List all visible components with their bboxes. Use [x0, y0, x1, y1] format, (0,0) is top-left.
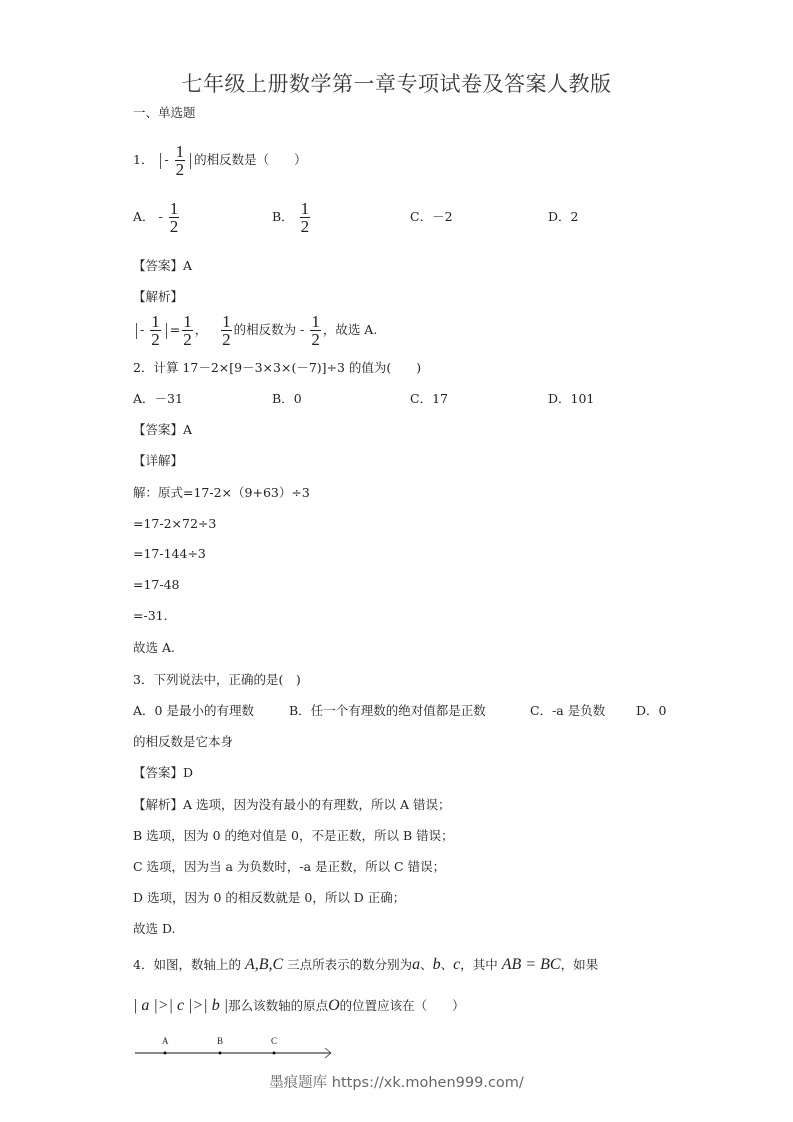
fraction: 12 — [300, 200, 311, 235]
q2-option-a: A．－31 — [133, 391, 183, 407]
question-1-stem: 1． - 12的相反数是（ ） — [133, 143, 307, 178]
q1-option-d: D．2 — [548, 209, 578, 225]
q3-option-d-continued: 的相反数是它本身 — [133, 734, 233, 750]
q1-option-a: A． - 12 — [133, 200, 181, 235]
q2-step-4: =17-48 — [133, 577, 180, 593]
q3-analysis-4: D 选项，因为 0 的相反数就是 0，所以 D 正确； — [133, 890, 405, 906]
point-c-label: C — [271, 1036, 277, 1046]
point-a-label: A — [162, 1036, 169, 1046]
q3-option-c: C．-a 是负数 — [530, 703, 605, 719]
q2-conclusion: 故选 A. — [133, 640, 175, 656]
question-4-stem-line-2: | a |>| c |>| b |那么该数轴的原点O的位置应该在（ ） — [133, 998, 465, 1014]
q3-analysis-1: 【解析】A 选项，因为没有最小的有理数，所以 A 错误； — [133, 797, 450, 813]
q3-analysis-2: B 选项，因为 0 的绝对值是 0，不是正数，所以 B 错误； — [133, 828, 454, 844]
q1-option-b: B． 12 — [272, 200, 312, 235]
q2-option-d: D．101 — [548, 391, 594, 407]
section-heading: 一、单选题 — [133, 105, 196, 121]
watermark-link[interactable]: 墨痕题库 https://xk.mohen999.com/ — [0, 1071, 793, 1092]
q3-analysis-3: C 选项，因为当 a 为负数时，-a 是正数，所以 C 错误； — [133, 859, 445, 875]
q2-detail-heading: 【详解】 — [133, 453, 183, 469]
q3-conclusion: 故选 D. — [133, 921, 176, 937]
question-3-stem: 3．下列说法中，正确的是( ) — [133, 672, 301, 688]
abs-bar-left — [160, 153, 161, 169]
q1-analysis-text: - 12=12， 12的相反数为 - 12，故选 A. — [133, 313, 377, 348]
q3-option-d: D．0 — [636, 703, 666, 719]
question-2-stem: 2．计算 17－2×[9－3×3×(－7)]÷3 的值为( ) — [133, 360, 421, 376]
point-b-label: B — [217, 1036, 223, 1046]
q1-answer: 【答案】A — [133, 258, 192, 274]
fraction: 12 — [169, 200, 180, 235]
q2-step-5: =-31. — [133, 608, 168, 624]
document-title: 七年级上册数学第一章专项试卷及答案人教版 — [0, 68, 793, 98]
fraction: 12 — [175, 143, 186, 178]
number-line-figure: A B C — [134, 1038, 334, 1062]
q3-answer: 【答案】D — [133, 765, 193, 781]
q2-option-b: B．0 — [272, 391, 302, 407]
question-4-stem-line-1: 4．如图，数轴上的 A,B,C 三点所表示的数分别为a、b、c，其中 AB = … — [133, 957, 598, 973]
q2-step-3: =17-144÷3 — [133, 546, 206, 562]
q2-step-2: =17-2×72÷3 — [133, 516, 216, 532]
q2-answer: 【答案】A — [133, 422, 192, 438]
q3-option-b: B．任一个有理数的绝对值都是正数 — [289, 703, 486, 719]
abs-bar-right — [190, 153, 191, 169]
q1-analysis-heading: 【解析】 — [133, 289, 183, 305]
q3-option-a: A．0 是最小的有理数 — [133, 703, 254, 719]
q2-option-c: C．17 — [410, 391, 448, 407]
q2-step-1: 解：原式=17-2×（9+63）÷3 — [133, 485, 310, 501]
q1-option-c: C．－2 — [410, 209, 453, 225]
